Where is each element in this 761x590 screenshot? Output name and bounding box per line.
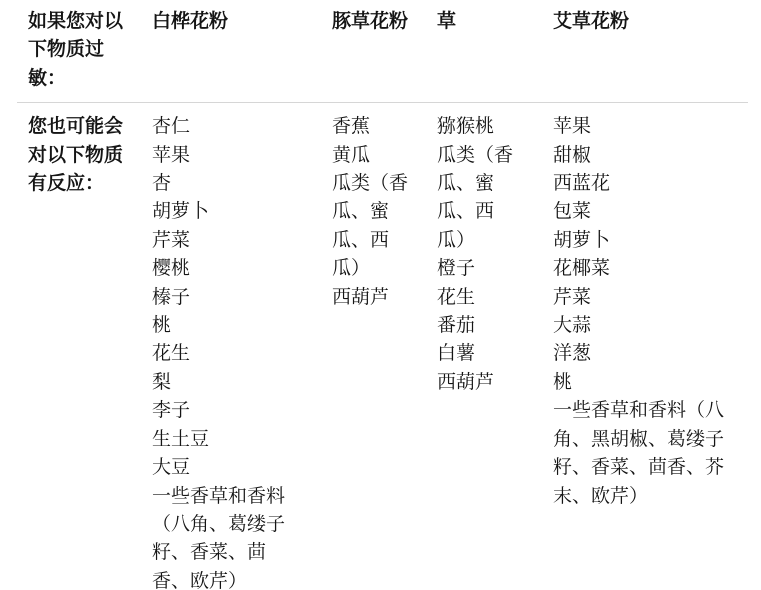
food-item: 洋葱 [553,339,735,367]
food-item: 瓜类（香瓜、蜜瓜、西瓜） [437,141,517,255]
food-item: 大蒜 [553,311,735,339]
allergy-cross-reactivity-table: 如果您对以下物质过敏： 白桦花粉 豚草花粉 草 艾草花粉 您也可能会对以下物质有… [17,0,748,590]
header-grass: 草 [437,7,553,92]
food-item: 西蓝花 [553,169,735,197]
header-condition-label: 如果您对以下物质过敏： [17,7,152,92]
food-item: 甜椒 [553,141,735,169]
food-item: 杏仁 [152,112,297,140]
food-item: 花椰菜 [553,254,735,282]
food-item: 胡萝卜 [553,226,735,254]
grass-food-list: 猕猴桃瓜类（香瓜、蜜瓜、西瓜）橙子花生番茄白薯西葫芦 [437,112,553,590]
food-item: 橙子 [437,254,517,282]
food-item: 芹菜 [553,283,735,311]
food-item: 西葫芦 [437,368,517,396]
food-item: 桃 [553,368,735,396]
header-ragweed-pollen: 豚草花粉 [332,7,437,92]
table-body-row: 您也可能会对以下物质有反应： 杏仁苹果杏胡萝卜芹菜樱桃榛子桃花生梨李子生土豆大豆… [17,103,748,590]
food-item: 桃 [152,311,297,339]
ragweed-pollen-food-list: 香蕉黄瓜瓜类（香瓜、蜜瓜、西瓜）西葫芦 [332,112,437,590]
food-item: 杏 [152,169,297,197]
mugwort-pollen-food-list: 苹果甜椒西蓝花包菜胡萝卜花椰菜芹菜大蒜洋葱桃一些香草和香料（八角、黑胡椒、葛缕子… [553,112,748,590]
food-item: 芹菜 [152,226,297,254]
food-item: 梨 [152,368,297,396]
food-item: 樱桃 [152,254,297,282]
food-item: 花生 [152,339,297,367]
food-item: 瓜类（香瓜、蜜瓜、西瓜） [332,169,412,283]
food-item: 黄瓜 [332,141,412,169]
header-mugwort-pollen: 艾草花粉 [553,7,748,92]
food-item: 猕猴桃 [437,112,517,140]
food-item: 胡萝卜 [152,197,297,225]
food-item: 西葫芦 [332,283,412,311]
food-item: 白薯 [437,339,517,367]
birch-pollen-food-list: 杏仁苹果杏胡萝卜芹菜樱桃榛子桃花生梨李子生土豆大豆一些香草和香料（八角、葛缕子籽… [152,112,332,590]
food-item: 李子 [152,396,297,424]
reaction-label: 您也可能会对以下物质有反应： [17,112,152,590]
food-item: 包菜 [553,197,735,225]
food-item: 苹果 [152,141,297,169]
food-item: 一些香草和香料（八角、葛缕子籽、香菜、茴香、欧芹） [152,482,297,590]
food-item: 香蕉 [332,112,412,140]
food-item: 一些香草和香料（八角、黑胡椒、葛缕子籽、香菜、茴香、芥末、欧芹） [553,396,735,510]
food-item: 生土豆 [152,425,297,453]
food-item: 榛子 [152,283,297,311]
table-header-row: 如果您对以下物质过敏： 白桦花粉 豚草花粉 草 艾草花粉 [17,0,748,103]
food-item: 大豆 [152,453,297,481]
food-item: 番茄 [437,311,517,339]
food-item: 花生 [437,283,517,311]
food-item: 苹果 [553,112,735,140]
header-birch-pollen: 白桦花粉 [152,7,332,92]
